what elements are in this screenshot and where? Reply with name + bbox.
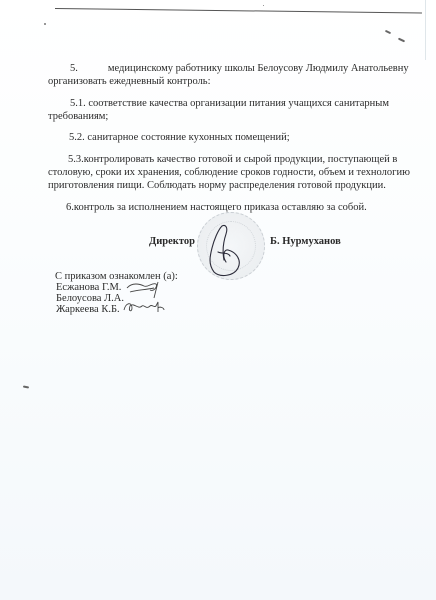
scan-mark: [385, 30, 391, 34]
item-5-2: 5.2. санитарное состояние кухонных помещ…: [69, 131, 290, 144]
acknowledgement-person-3: Жаркеева К.Б.: [56, 304, 120, 315]
item-5-3-line-1: 5.3.контролировать качество готовой и сы…: [68, 153, 397, 166]
page-edge: [425, 0, 426, 60]
acknowledgement-person-2: Белоусова Л.А.: [56, 293, 124, 304]
item-6: 6.контроль за исполнением настоящего при…: [66, 201, 367, 214]
top-rule-line: [55, 8, 422, 13]
scanned-document-page: 5.медицинскому работнику школы Белоусову…: [0, 0, 436, 600]
director-title: Директор: [149, 236, 195, 247]
item-5-1-line-1: 5.1. соответствие качества организации п…: [70, 97, 389, 110]
item-5-3-line-2: столовую, сроки их хранения, соблюдение …: [48, 166, 410, 179]
scan-mark: [23, 385, 29, 388]
item-text: медицинскому работнику школы Белоусову Л…: [108, 63, 409, 74]
director-signature-icon: [200, 222, 250, 280]
director-name: Б. Нурмуханов: [270, 236, 341, 247]
item-5-1-line-2: требованиям;: [48, 110, 108, 123]
item-5-line-2: организовать ежедневный контроль:: [48, 75, 211, 88]
item-5-3-line-3: приготовления пищи. Соблюдать норму расп…: [48, 179, 386, 192]
item-number: 5.: [70, 63, 78, 74]
item-5-line-1: 5.медицинскому работнику школы Белоусову…: [70, 62, 409, 75]
scan-speck: [263, 5, 264, 6]
scan-speck: [44, 23, 46, 25]
signature-1-icon: [124, 278, 164, 300]
acknowledgement-person-1: Есжанова Г.М.: [56, 282, 121, 293]
scan-mark: [398, 38, 405, 43]
signature-3-icon: [122, 300, 166, 314]
